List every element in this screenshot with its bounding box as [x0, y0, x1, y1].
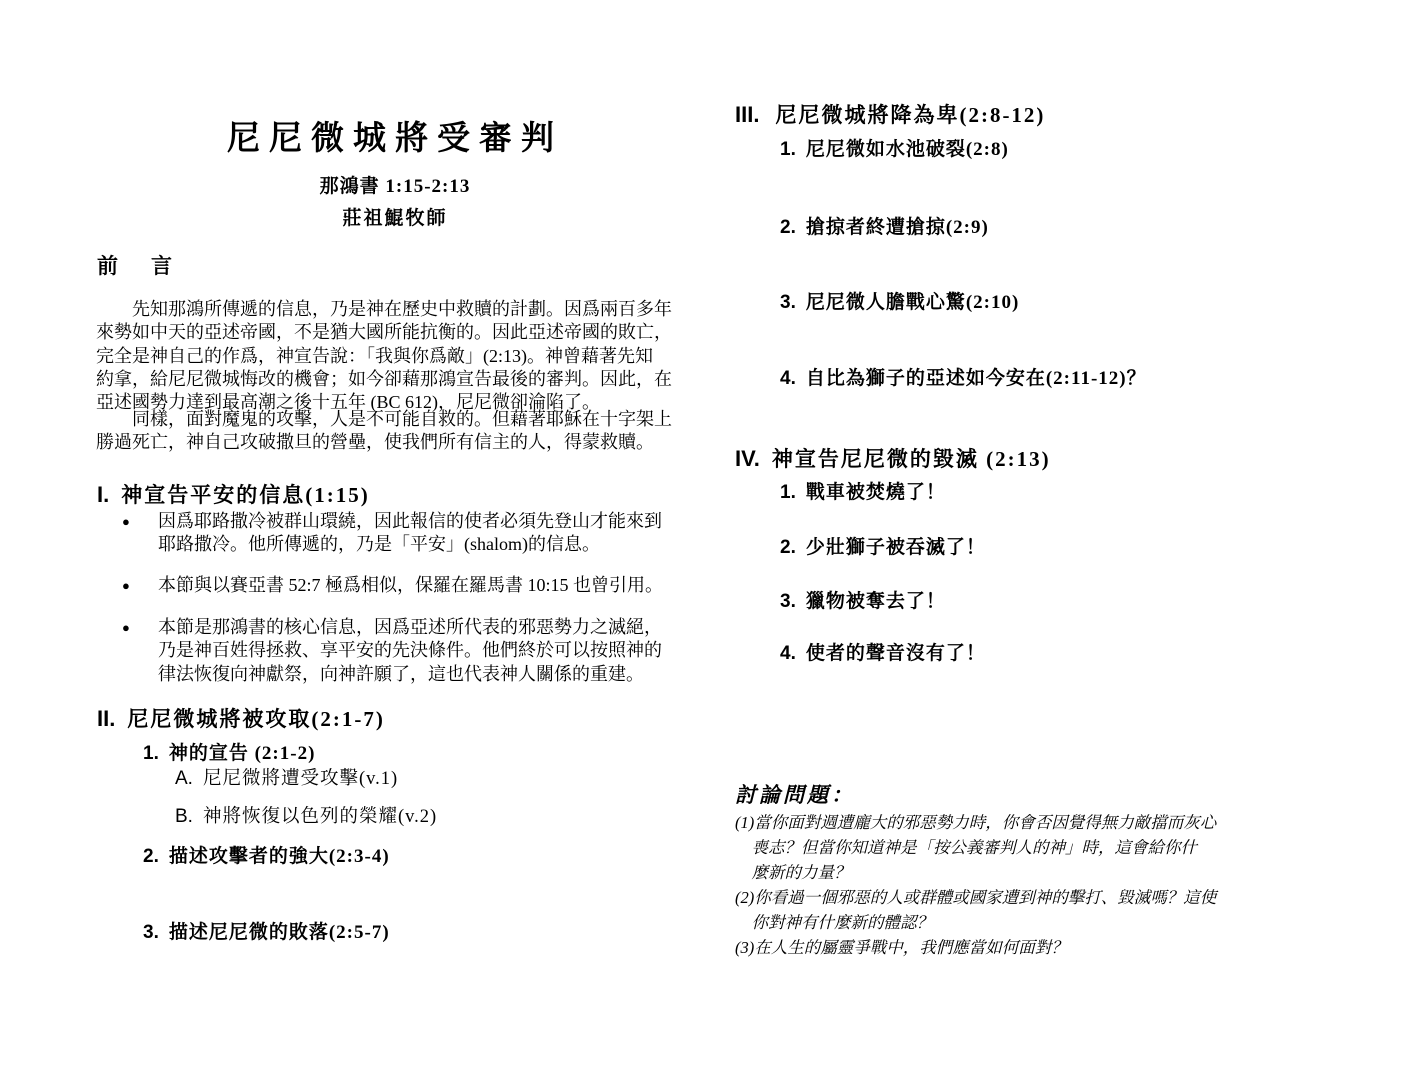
item-text: 神的宣告 (2:1-2): [169, 738, 316, 765]
item-number: 2.: [143, 846, 159, 868]
list-item: 1. 尼尼微如水池破裂(2:8): [780, 134, 1009, 161]
discussion-heading: 討論問題：: [735, 779, 855, 809]
list-item: ● 本節是那鴻書的核心信息，因爲亞述所代表的邪惡勢力之滅絕， 乃是神百姓得拯救、…: [122, 616, 697, 686]
section-4-numeral: IV.: [735, 446, 760, 472]
preface-paragraph-2: 同樣，面對魔鬼的攻擊，人是不可能自救的。但藉著耶穌在十字架上 勝過死亡，神自己攻…: [96, 408, 706, 455]
speaker-name: 莊祖鯤牧師: [95, 203, 695, 230]
list-item: 1. 神的宣告 (2:1-2): [143, 738, 315, 765]
item-text: 獵物被奪去了！: [806, 586, 946, 613]
item-number: 1.: [143, 743, 159, 765]
preface-heading: 前 言: [97, 250, 178, 280]
list-item: 4. 自比為獅子的亞述如今安在(2:11-12)？: [780, 363, 1147, 390]
item-text: 自比為獅子的亞述如今安在(2:11-12)？: [806, 363, 1147, 390]
item-text: 搶掠者終遭搶掠(2:9): [806, 212, 989, 239]
section-3-title: 尼尼微城將降為卑(2:8-12): [775, 99, 1045, 129]
list-item: ● 本節與以賽亞書 52:7 極爲相似，保羅在羅馬書 10:15 也曾引用。: [122, 574, 697, 597]
page-title: 尼尼微城將受審判: [95, 112, 695, 159]
item-text: 尼尼微將遭受攻擊(v.1): [203, 764, 398, 790]
bullet-text: 本節與以賽亞書 52:7 極爲相似，保羅在羅馬書 10:15 也曾引用。: [158, 574, 663, 597]
list-item: 2. 少壯獅子被吞滅了！: [780, 532, 986, 559]
bullet-icon: ●: [122, 510, 158, 557]
item-text: 使者的聲音沒有了！: [806, 638, 986, 665]
preface-paragraph-1: 先知那鴻所傳遞的信息，乃是神在歷史中救贖的計劃。因爲兩百多年 來勢如中天的亞述帝…: [96, 298, 706, 414]
section-2-title: 尼尼微城將被攻取(2:1-7): [127, 703, 384, 733]
item-number: 4.: [780, 368, 796, 390]
section-2-numeral: II.: [97, 706, 115, 732]
item-number: 4.: [780, 643, 796, 665]
list-item: 3. 尼尼微人膽戰心驚(2:10): [780, 287, 1019, 314]
section-1-title: 神宣告平安的信息(1:15): [121, 479, 369, 509]
section-3-heading: III. 尼尼微城將降為卑(2:8-12): [735, 99, 1045, 129]
item-text: 描述尼尼微的敗落(2:5-7): [169, 917, 390, 944]
item-letter: A.: [175, 768, 193, 790]
item-number: 1.: [780, 482, 796, 504]
section-3-numeral: III.: [735, 102, 759, 128]
list-item: 2. 描述攻擊者的強大(2:3-4): [143, 841, 390, 868]
item-text: 描述攻擊者的強大(2:3-4): [169, 841, 390, 868]
item-text: 神將恢復以色列的榮耀(v.2): [203, 802, 437, 828]
section-1-heading: I. 神宣告平安的信息(1:15): [97, 479, 370, 509]
item-text: 少壯獅子被吞滅了！: [806, 532, 986, 559]
list-subitem: B. 神將恢復以色列的榮耀(v.2): [175, 802, 437, 828]
list-item: 3. 描述尼尼微的敗落(2:5-7): [143, 917, 390, 944]
item-number: 2.: [780, 537, 796, 559]
item-text: 尼尼微如水池破裂(2:8): [806, 134, 1009, 161]
list-item: ● 因爲耶路撒冷被群山環繞，因此報信的使者必須先登山才能來到 耶路撒冷。他所傳遞…: [122, 510, 697, 557]
bullet-icon: ●: [122, 574, 158, 597]
bullet-text: 本節是那鴻書的核心信息，因爲亞述所代表的邪惡勢力之滅絕， 乃是神百姓得拯救、享平…: [158, 616, 662, 686]
bullet-text: 因爲耶路撒冷被群山環繞，因此報信的使者必須先登山才能來到 耶路撒冷。他所傳遞的，…: [158, 510, 662, 557]
section-1-numeral: I.: [97, 482, 109, 508]
section-4-heading: IV. 神宣告尼尼微的毀滅 (2:13): [735, 443, 1051, 473]
item-number: 2.: [780, 217, 796, 239]
item-number: 3.: [780, 292, 796, 314]
item-number: 3.: [143, 922, 159, 944]
discussion-questions: (1)當你面對週遭龐大的邪惡勢力時，你會否因覺得無力敵擋而灰心 喪志？但當你知道…: [735, 810, 1375, 960]
section-2-heading: II. 尼尼微城將被攻取(2:1-7): [97, 703, 385, 733]
item-number: 3.: [780, 591, 796, 613]
document-page: 尼尼微城將受審判 那鴻書 1:15-2:13 莊祖鯤牧師 前 言 先知那鴻所傳遞…: [0, 0, 1408, 1088]
item-number: 1.: [780, 139, 796, 161]
section-4-title: 神宣告尼尼微的毀滅 (2:13): [772, 443, 1051, 473]
scripture-reference: 那鴻書 1:15-2:13: [95, 171, 695, 198]
list-item: 4. 使者的聲音沒有了！: [780, 638, 986, 665]
list-item: 1. 戰車被焚燒了！: [780, 477, 946, 504]
item-text: 戰車被焚燒了！: [806, 477, 946, 504]
list-subitem: A. 尼尼微將遭受攻擊(v.1): [175, 764, 398, 790]
list-item: 3. 獵物被奪去了！: [780, 586, 946, 613]
list-item: 2. 搶掠者終遭搶掠(2:9): [780, 212, 989, 239]
bullet-icon: ●: [122, 616, 158, 686]
item-letter: B.: [175, 806, 193, 828]
item-text: 尼尼微人膽戰心驚(2:10): [806, 287, 1019, 314]
